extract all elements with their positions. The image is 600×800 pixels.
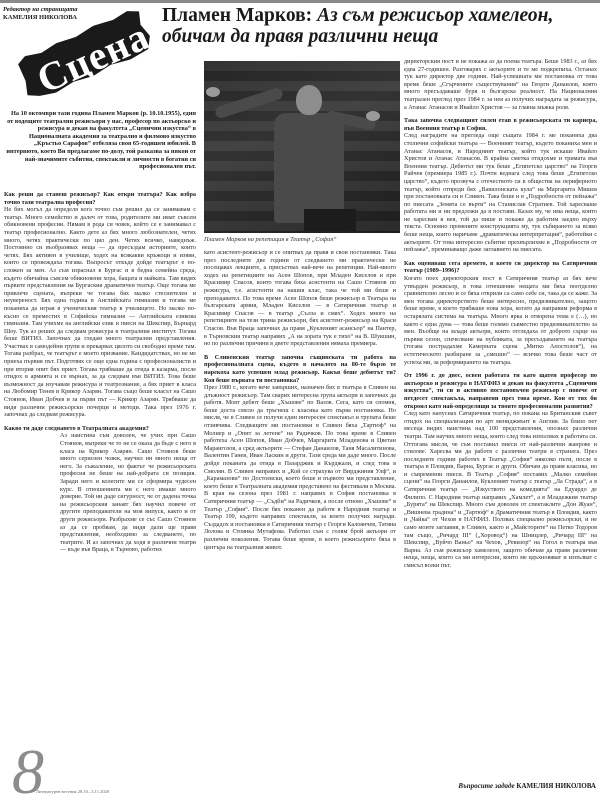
question: Така започва следващият силен етап в реж… [404, 117, 597, 132]
question: Какво ти даде следването в Театралната а… [4, 425, 196, 433]
photo-caption: Пламен Марков на репетиция в Театър „Соф… [204, 236, 400, 243]
headline-name: Пламен Марков: [162, 5, 312, 26]
article-headline: Пламен Марков: Аз съм режисьор хамелеон,… [162, 5, 598, 47]
article-column-1: Как реши да станеш режисьор? Как откри т… [4, 191, 196, 786]
article-column-3: директорския пост и не покажа аз да поем… [404, 58, 597, 778]
question: Как реши да станеш режисьор? Как откри т… [4, 191, 196, 206]
footer-note: Литературен вестник 28.10.–3.11.2020 [36, 789, 109, 794]
laptop [304, 209, 356, 231]
article-photo [204, 61, 400, 233]
answer: Не бих могъл да определя кога точно съм … [4, 206, 196, 419]
section-logo: Сцена [16, 14, 156, 94]
answer: През 1980 г., когато вече завърших, назн… [204, 384, 396, 551]
question: От 1996 г. до днес, освен работата ти ка… [404, 372, 597, 410]
director-figure [266, 85, 346, 225]
byline: Въпросите зададе КАМЕЛИЯ НИКОЛОВА [420, 782, 596, 790]
article-column-2: като асистент-режисьор и се опитвах да п… [204, 249, 396, 797]
section-name: Сцена [24, 10, 162, 106]
question: Как оценяваш сега времето, в което си ди… [404, 260, 597, 275]
byline-label: Въпросите зададе [458, 782, 514, 790]
editor-role: Редактор на страницата [3, 6, 123, 14]
answer: След наградите на прегледа още същата 19… [404, 132, 597, 254]
top-rule [0, 0, 600, 3]
answer: директорския пост и не покажа аз да поем… [404, 58, 597, 111]
byline-name: КАМЕЛИЯ НИКОЛОВА [516, 782, 596, 790]
article-lead: На 10 октомври тази година Пламен Марков… [4, 110, 196, 171]
question: В Сливенския театър започна същинската т… [204, 354, 396, 384]
answer: Когато поех директорския пост в Сатиричн… [404, 275, 597, 366]
answer: След като напуснах Сатиричния театър, по… [404, 410, 597, 569]
answer: Аз наистина съм доволен, че учих при Саш… [4, 432, 196, 554]
answer: като асистент-режисьор и се опитвах да п… [204, 249, 396, 348]
